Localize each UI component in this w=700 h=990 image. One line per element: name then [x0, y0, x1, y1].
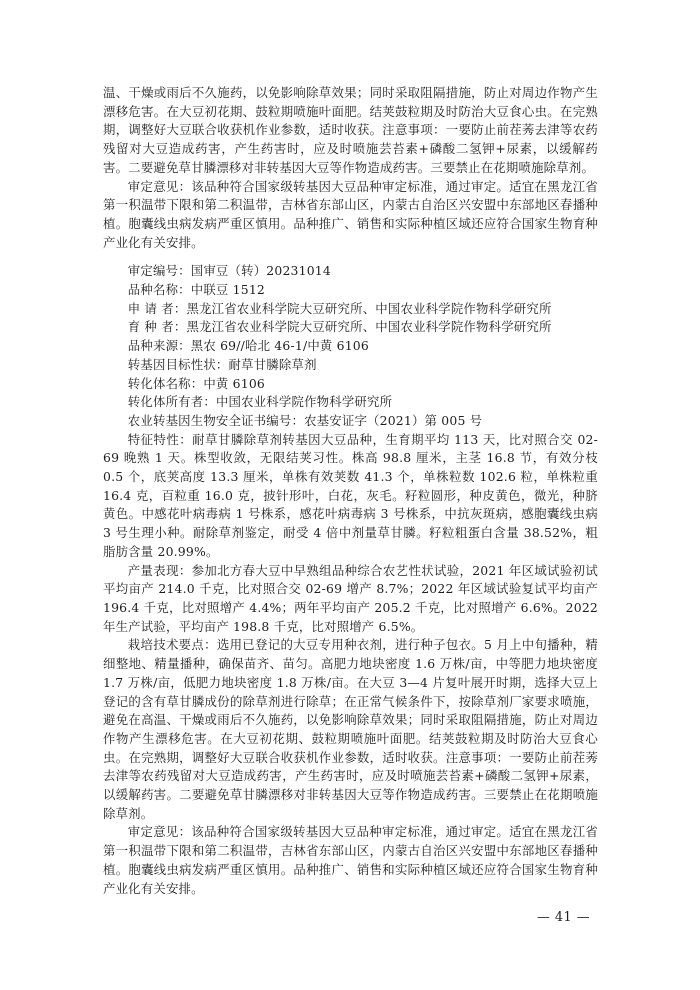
record-field-label: 育 种 者：: [128, 319, 187, 334]
paragraph-approval-opinion: 审定意见：该品种符合国家级转基因大豆品种审定标准，通过审定。适宜在黑龙江省第一积…: [103, 823, 598, 898]
record-field-label: 品种来源：: [128, 338, 191, 353]
paragraph-cultivation-continued: 温、干燥或雨后不久施药，以免影响除草效果；同时采取阻隔措施，防止对周边作物产生漂…: [103, 84, 598, 178]
record-field-label: 申 请 者：: [128, 301, 187, 316]
paragraph-cultivation-points: 栽培技术要点：选用已登记的大豆专用种衣剂，进行种子包衣。5 月上中旬播种，精细整…: [103, 636, 598, 823]
record-field-value: 黑龙江省农业科学院大豆研究所、中国农业科学院作物科学研究所: [186, 319, 551, 334]
page-number: — 41 —: [537, 908, 590, 927]
record-field-label: 转化体名称：: [128, 376, 204, 391]
variety-record-block: 审定编号：国审豆（转）20231014 品种名称：中联豆 1512 申 请 者：…: [103, 262, 598, 430]
record-field-value: 中黄 6106: [203, 376, 265, 391]
record-row-breeder: 育 种 者：黑龙江省农业科学院大豆研究所、中国农业科学院作物科学研究所: [103, 318, 598, 337]
record-field-value: 黑农 69//哈北 46-1/中黄 6106: [191, 338, 369, 353]
record-field-label: 农业转基因生物安全证书编号：: [128, 413, 304, 428]
record-row-variety-source: 品种来源：黑农 69//哈北 46-1/中黄 6106: [103, 337, 598, 356]
record-field-value: 中联豆 1512: [191, 282, 265, 297]
record-field-value: 中国农业科学院作物科学研究所: [216, 394, 392, 409]
record-row-transformant-owner: 转化体所有者：中国农业科学院作物科学研究所: [103, 393, 598, 412]
paragraph-approval-opinion-previous: 审定意见：该品种符合国家级转基因大豆品种审定标准，通过审定。适宜在黑龙江省第一积…: [103, 178, 598, 253]
document-page: 温、干燥或雨后不久施药，以免影响除草效果；同时采取阻隔措施，防止对周边作物产生漂…: [0, 0, 700, 990]
record-row-gm-target-trait: 转基因目标性状：耐草甘膦除草剂: [103, 356, 598, 375]
record-field-value: 农基安证字（2021）第 005 号: [304, 413, 482, 428]
record-field-value: 国审豆（转）20231014: [191, 263, 331, 278]
record-field-value: 黑龙江省农业科学院大豆研究所、中国农业科学院作物科学研究所: [186, 301, 551, 316]
record-field-label: 审定编号：: [128, 263, 191, 278]
record-row-transformant-name: 转化体名称：中黄 6106: [103, 375, 598, 394]
paragraph-traits: 特征特性：耐草甘膦除草剂转基因大豆品种，生育期平均 113 天，比对照合交 02…: [103, 431, 598, 562]
record-row-variety-name: 品种名称：中联豆 1512: [103, 281, 598, 300]
paragraph-yield-performance: 产量表现：参加北方春大豆中早熟组品种综合农艺性状试验，2021 年区域试验初试平…: [103, 562, 598, 637]
record-field-label: 转化体所有者：: [128, 394, 216, 409]
record-field-value: 耐草甘膦除草剂: [229, 357, 317, 372]
record-row-approval-number: 审定编号：国审豆（转）20231014: [103, 262, 598, 281]
text-column: 温、干燥或雨后不久施药，以免影响除草效果；同时采取阻隔措施，防止对周边作物产生漂…: [103, 84, 598, 898]
record-field-label: 转基因目标性状：: [128, 357, 229, 372]
record-field-label: 品种名称：: [128, 282, 191, 297]
record-row-applicant: 申 请 者：黑龙江省农业科学院大豆研究所、中国农业科学院作物科学研究所: [103, 300, 598, 319]
record-row-biosafety-certificate: 农业转基因生物安全证书编号：农基安证字（2021）第 005 号: [103, 412, 598, 431]
